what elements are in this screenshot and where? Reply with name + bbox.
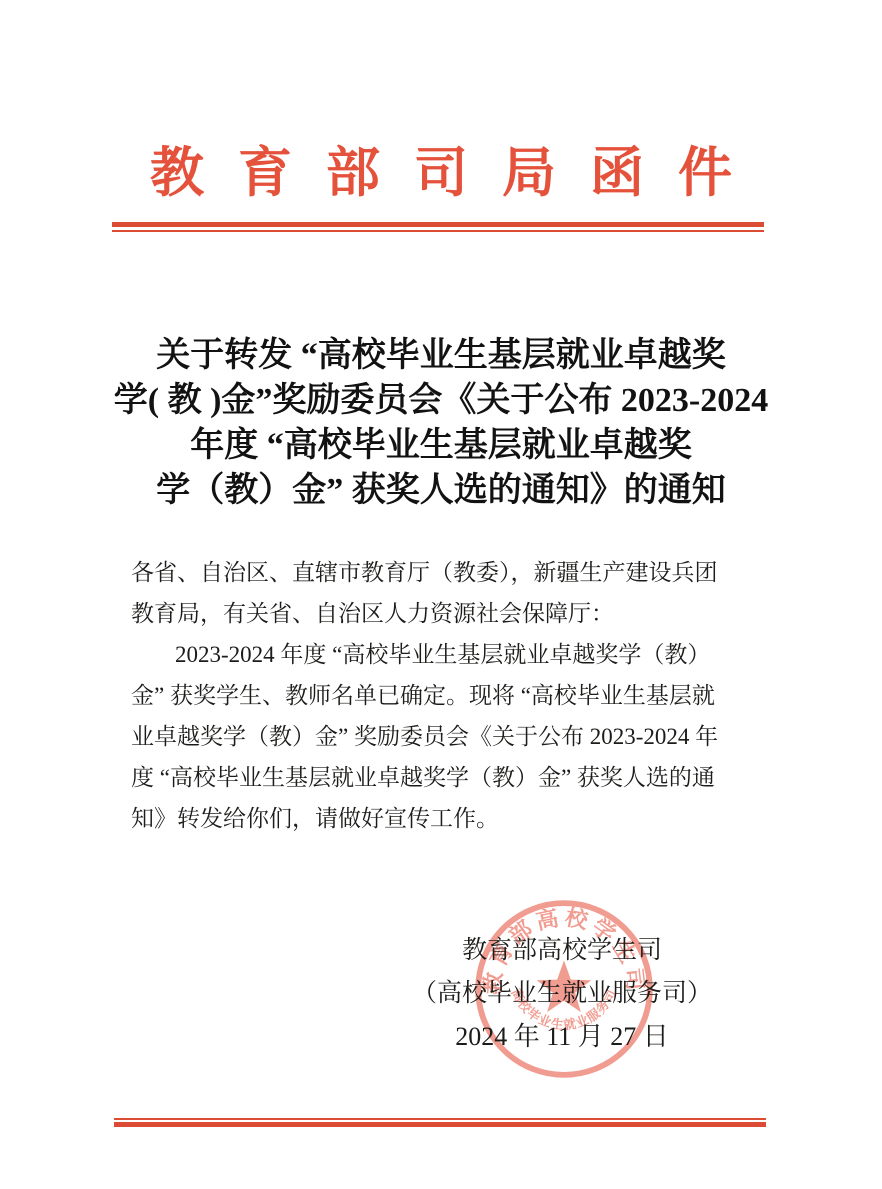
document-page: 教育部司局函件 关于转发 “高校毕业生基层就业卓越奖 学( 教 )金”奖励委员会… <box>0 0 882 1189</box>
letterhead-title: 教育部司局函件 <box>150 130 766 207</box>
signature-date: 2024 年 11 月 27 日 <box>392 1015 732 1058</box>
body-line: 教育局，有关省、自治区人力资源社会保障厅： <box>131 593 771 634</box>
document-title-line: 学（教）金” 获奖人选的通知》的通知 <box>0 468 882 513</box>
letterhead: 教育部司局函件 <box>0 130 882 207</box>
header-divider <box>112 222 764 232</box>
footer-divider-thin-line <box>114 1118 766 1120</box>
document-title-line: 年度 “高校毕业生基层就业卓越奖 <box>0 423 882 468</box>
body-line: 各省、自治区、直辖市教育厅（教委），新疆生产建设兵团 <box>131 552 771 593</box>
header-divider-thin-line <box>112 230 764 232</box>
body-line: 金” 获奖学生、教师名单已确定。现将 “高校毕业生基层就 <box>131 675 771 716</box>
document-title-line: 学( 教 )金”奖励委员会《关于公布 2023-2024 <box>0 378 882 423</box>
footer-divider <box>114 1118 766 1127</box>
header-divider-thick-line <box>112 222 764 227</box>
signature-block: 教育部高校学生司 （高校毕业生就业服务司） 2024 年 11 月 27 日 <box>392 929 732 1058</box>
body-line: 知》转发给你们，请做好宣传工作。 <box>131 798 771 839</box>
letter-body: 各省、自治区、直辖市教育厅（教委），新疆生产建设兵团 教育局，有关省、自治区人力… <box>131 552 771 839</box>
signature-department: 教育部高校学生司 <box>392 929 732 972</box>
body-line: 2023-2024 年度 “高校毕业生基层就业卓越奖学（教） <box>131 634 771 675</box>
body-line: 度 “高校毕业生基层就业卓越奖学（教）金” 获奖人选的通 <box>131 757 771 798</box>
document-title: 关于转发 “高校毕业生基层就业卓越奖 学( 教 )金”奖励委员会《关于公布 20… <box>0 333 882 513</box>
body-line: 业卓越奖学（教）金” 奖励委员会《关于公布 2023-2024 年 <box>131 716 771 757</box>
signature-department-alt: （高校毕业生就业服务司） <box>392 972 732 1015</box>
footer-divider-thick-line <box>114 1122 766 1127</box>
document-title-line: 关于转发 “高校毕业生基层就业卓越奖 <box>0 333 882 378</box>
